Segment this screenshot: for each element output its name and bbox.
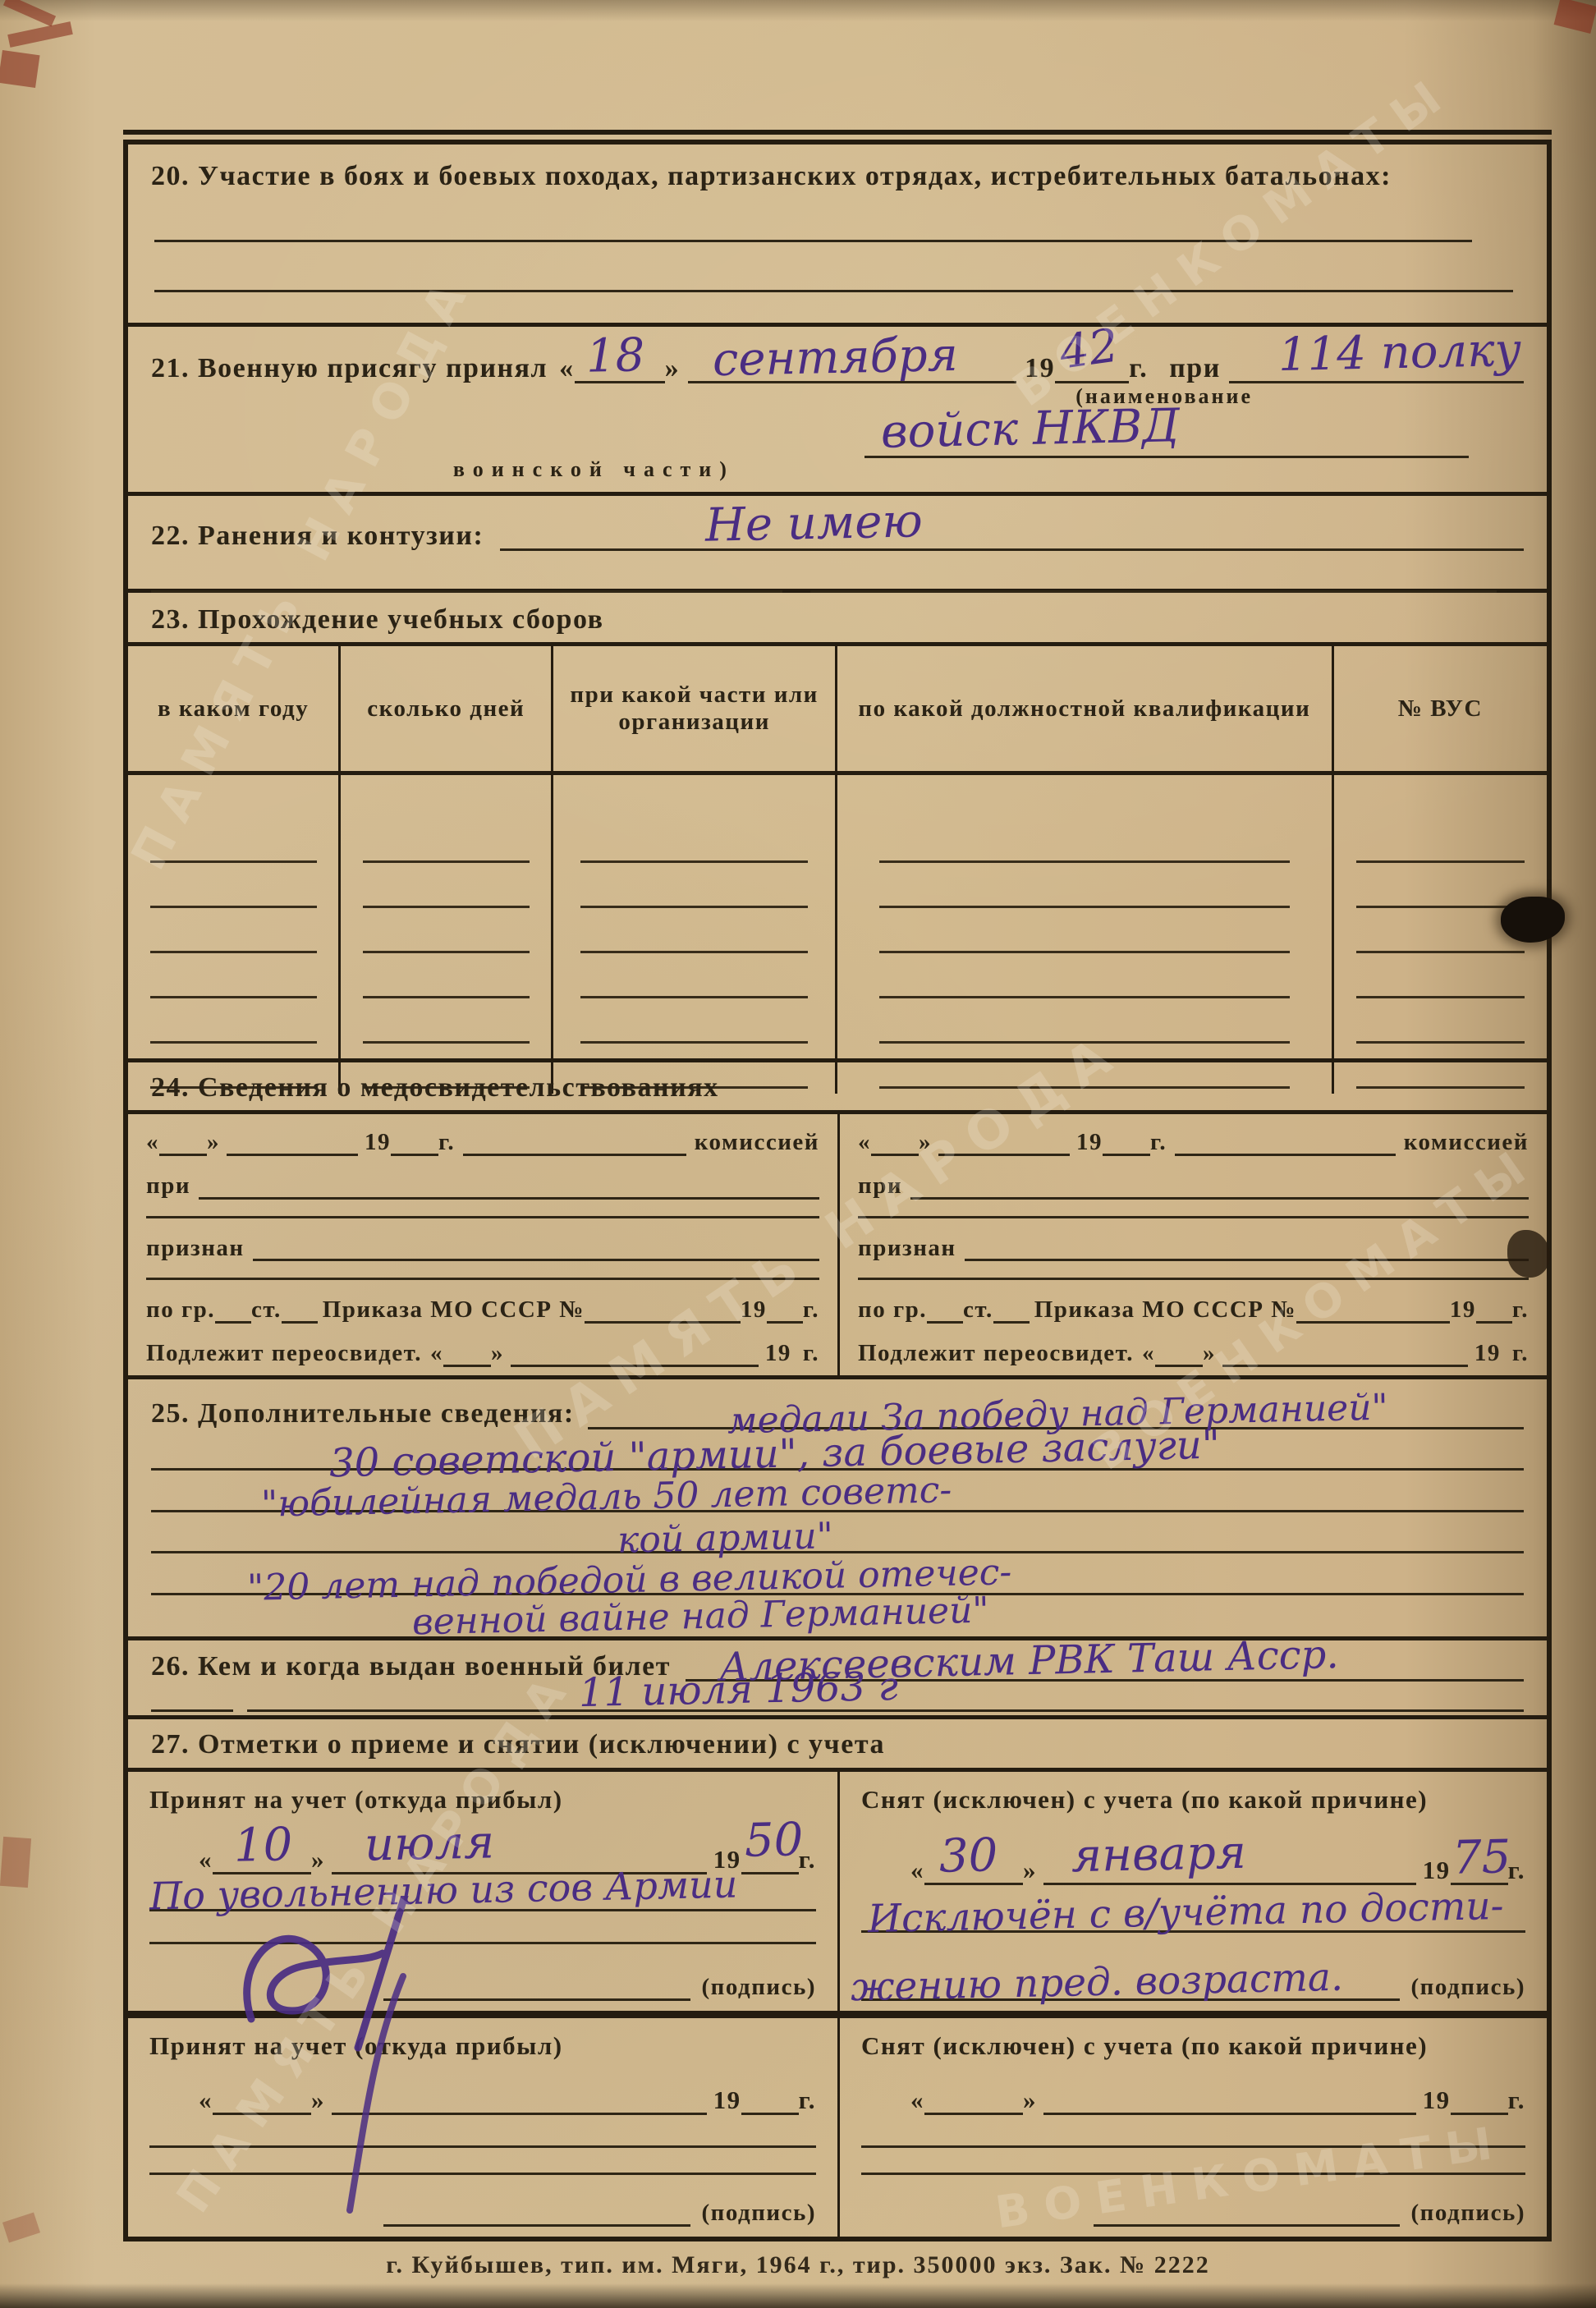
med-year-field — [1103, 1129, 1150, 1156]
med-order-year-field — [767, 1296, 803, 1324]
remove-year-field: 75 — [1451, 1856, 1508, 1885]
med-month-field — [938, 1129, 1070, 1156]
remove-month-field — [1043, 2086, 1416, 2115]
archive-mark — [0, 1837, 31, 1888]
med-order-field — [1296, 1296, 1450, 1324]
signature-caption: (подпись) — [1411, 2200, 1525, 2227]
year-prefix: 19 — [1474, 1341, 1501, 1367]
med-at-label: при — [146, 1173, 190, 1200]
med-order-label: Приказа МО СССР № — [323, 1297, 585, 1324]
cell-unit — [553, 775, 837, 1094]
year-suffix: г. — [803, 1297, 819, 1324]
remove-day-value: 30 — [938, 1833, 997, 1879]
med-day-field — [159, 1129, 207, 1156]
accepted-label: Принят на учет (откуда прибыл) — [149, 1785, 816, 1815]
oath-unit-value: 114 полку — [1277, 328, 1521, 379]
cell-year — [128, 775, 341, 1094]
blank-line — [146, 1278, 819, 1280]
archive-mark — [7, 21, 73, 48]
cell-qualification — [837, 775, 1334, 1094]
blank-line — [861, 2173, 1525, 2175]
med-st-field — [282, 1296, 318, 1324]
archive-mark — [0, 50, 40, 88]
med-recognized-field — [965, 1234, 1529, 1261]
med-reexam-label: Подлежит переосвидет. — [858, 1341, 1134, 1367]
section-23-training-camps: 23. Прохождение учебных сборов в каком г… — [128, 593, 1547, 1062]
quote-close: » — [1023, 1856, 1037, 1885]
quote-open: « — [1142, 1341, 1155, 1367]
oath-at-label: при — [1169, 354, 1221, 383]
year-prefix: 19 — [741, 1297, 767, 1324]
oath-day-field: 18 — [575, 348, 665, 383]
remove-month-value: января — [1071, 1829, 1246, 1879]
training-table: в каком году сколько дней при какой част… — [128, 642, 1547, 1094]
medical-title: 24. Сведения о медосвидетельствованиях — [128, 1062, 1547, 1110]
quote-close: » — [665, 354, 681, 383]
wounds-value: Не имею — [704, 498, 923, 549]
section-21-oath: 21. Военную присягу принял « 18 » сентяб… — [128, 327, 1547, 496]
medical-left-column: «» 19г. комиссией при признан по гр. ст.… — [128, 1114, 837, 1375]
registration-blocks-row-2: Принят на учет (откуда прибыл) « » 19 г.… — [128, 2015, 1547, 2237]
signature-line — [383, 2224, 690, 2227]
med-reexam-month-field — [511, 1340, 759, 1367]
quote-open: « — [199, 2085, 213, 2115]
med-reexam-month-field — [1222, 1340, 1468, 1367]
remove-reason-value-1: Исключён с в/учёта по дости- — [868, 1887, 1504, 1939]
med-commission-field — [1175, 1129, 1396, 1156]
removed-block-2: Снят (исключен) с учета (по какой причин… — [837, 2015, 1547, 2237]
med-st-label: ст. — [963, 1297, 993, 1324]
remove-reason-value-2: жению пред. возраста. — [850, 1958, 1343, 2007]
section-20-combat-participation: 20. Участие в боях и боевых походах, пар… — [128, 145, 1547, 327]
year-suffix: г. — [803, 1341, 819, 1367]
med-recognized-label: признан — [858, 1236, 956, 1262]
med-gr-label: по гр. — [858, 1297, 927, 1324]
removed-label: Снят (исключен) с учета (по какой причин… — [861, 1785, 1525, 1815]
accept-day-field: 10 — [213, 1846, 311, 1874]
quote-open: « — [199, 1845, 213, 1874]
med-month-field — [227, 1129, 358, 1156]
cell-days — [341, 775, 553, 1094]
blank-line — [146, 1216, 819, 1218]
year-prefix: 19 — [1076, 1130, 1103, 1156]
unit-name-caption-2: воинской части) — [453, 458, 735, 480]
remove-month-field: января — [1043, 1856, 1416, 1885]
med-order-label: Приказа МО СССР № — [1034, 1297, 1296, 1324]
additional-line-2: 30 советской "армии", за боевые заслуги" — [151, 1429, 1524, 1471]
oath-year-value: 42 — [1057, 323, 1121, 376]
issued-date-field: 11 июля 1963 г — [247, 1709, 1524, 1712]
quote-open: « — [146, 1130, 159, 1156]
signature-stroke — [325, 1972, 424, 2219]
year-prefix: 19 — [365, 1130, 391, 1156]
col-unit: при какой части или организации — [553, 646, 837, 771]
oath-unit-value-2: войск НКВД — [881, 403, 1181, 456]
hole-punch — [1501, 897, 1565, 943]
section-24-medical: 24. Сведения о медосвидетельствованиях «… — [128, 1062, 1547, 1379]
med-day-field — [871, 1129, 919, 1156]
oath-label: 21. Военную присягу принял — [151, 354, 548, 383]
med-reexam-day-field — [443, 1340, 491, 1367]
accept-day-field — [213, 2086, 311, 2115]
remove-day-field — [924, 2086, 1023, 2115]
section-27-title-row: 27. Отметки о приеме и снятии (исключени… — [128, 1719, 1547, 1772]
signature-caption: (подпись) — [1411, 1974, 1525, 2001]
year-prefix: 19 — [1450, 1297, 1476, 1324]
med-gr-field — [215, 1296, 251, 1324]
removed-block-1: Снят (исключен) с учета (по какой причин… — [837, 1772, 1547, 2011]
year-suffix: г. — [1512, 1341, 1529, 1367]
quote-close: » — [919, 1130, 932, 1156]
reason-line: Исключён с в/учёта по дости- — [861, 1930, 1525, 1933]
med-at-field — [199, 1172, 819, 1200]
training-table-header: в каком году сколько дней при какой част… — [128, 646, 1547, 775]
accept-day-value: 10 — [233, 1822, 292, 1869]
med-st-field — [993, 1296, 1030, 1324]
med-order-year-field — [1476, 1296, 1512, 1324]
training-table-body — [128, 775, 1547, 1094]
med-recognized-field — [253, 1234, 819, 1261]
med-reexam-label: Подлежит переосвидет. — [146, 1341, 422, 1367]
med-order-field — [585, 1296, 741, 1324]
med-at-label: при — [858, 1173, 902, 1200]
quote-close: » — [207, 1130, 220, 1156]
accepted-block-1: Принят на учет (откуда прибыл) « 10 » ию… — [128, 1772, 837, 2011]
commission-label: комиссией — [695, 1130, 819, 1156]
registration-title: 27. Отметки о приеме и снятии (исключени… — [151, 1729, 885, 1760]
form-frame: 20. Участие в боях и боевых походах, пар… — [123, 140, 1552, 2241]
year-prefix: 19 — [1025, 354, 1055, 383]
quote-close: » — [311, 2085, 325, 2115]
blank-line — [149, 2145, 816, 2148]
accept-month-value: июля — [364, 1819, 494, 1868]
quote-open: « — [430, 1341, 443, 1367]
col-qualification: по какой должностной квалификации — [837, 646, 1334, 771]
accept-year-value: 50 — [744, 1817, 803, 1864]
signature-caption: (подпись) — [702, 2200, 816, 2227]
year-suffix: г. — [1150, 1130, 1167, 1156]
section-22-wounds: 22. Ранения и контузии: Не имею — [128, 496, 1547, 593]
scanned-military-document: ПАМЯТЬ НАРОДА ПАМЯТЬ НАРОДА ВОЕНКОМАТЫ В… — [0, 0, 1596, 2308]
year-suffix: г. — [438, 1130, 455, 1156]
remove-day-field: 30 — [924, 1856, 1023, 1885]
quote-open: « — [858, 1130, 871, 1156]
blank-line — [154, 290, 1513, 292]
med-commission-field — [463, 1129, 686, 1156]
year-prefix: 19 — [1423, 2085, 1451, 2115]
oath-unit-field: 114 полку — [1229, 348, 1524, 383]
year-suffix: г. — [1129, 354, 1148, 383]
oath-month-value: сентября — [713, 333, 959, 383]
quote-close: » — [1203, 1341, 1216, 1367]
med-gr-label: по гр. — [146, 1297, 215, 1324]
additional-line-1: 25. Дополнительные сведения: медали За п… — [151, 1388, 1524, 1429]
remove-year-value: 75 — [1452, 1834, 1511, 1881]
oath-year-field: 42 — [1055, 348, 1129, 383]
year-prefix: 19 — [713, 2085, 741, 2115]
archive-mark — [2, 2212, 40, 2242]
wounds-label: 22. Ранения и контузии: — [151, 521, 484, 551]
issued-date-value: 11 июля 1963 г — [579, 1667, 899, 1713]
blank-line — [858, 1278, 1529, 1280]
col-vus: № ВУС — [1334, 646, 1547, 771]
med-reexam-day-field — [1155, 1340, 1203, 1367]
commission-label: комиссией — [1404, 1130, 1529, 1156]
blank-line — [149, 2173, 816, 2175]
quote-close: » — [1023, 2085, 1037, 2115]
quote-close: » — [491, 1341, 504, 1367]
wounds-field: Не имею — [500, 516, 1524, 551]
section-25-additional-info: 25. Дополнительные сведения: медали За п… — [128, 1379, 1547, 1640]
year-prefix: 19 — [765, 1341, 791, 1367]
reason-line-2: жению пред. возраста. — [861, 1998, 1400, 2001]
blank-line — [858, 1216, 1529, 1218]
oath-day-value: 18 — [585, 333, 644, 379]
remove-year-field — [1451, 2086, 1508, 2115]
quote-open: « — [559, 354, 575, 383]
med-recognized-label: признан — [146, 1236, 245, 1262]
medical-right-column: «» 19г. комиссией при признан по гр. ст.… — [837, 1114, 1547, 1375]
accept-year-field — [741, 2086, 799, 2115]
quote-open: « — [910, 2085, 924, 2115]
additional-line-5: "20 лет над победой в великой отечес- — [151, 1553, 1524, 1595]
year-suffix: г. — [799, 2085, 816, 2115]
section-26-issued-by: 26. Кем и когда выдан военный билет Алек… — [128, 1640, 1547, 1719]
oath-month-field: сентября — [688, 348, 1016, 383]
quote-open: « — [910, 1856, 924, 1885]
additional-label: 25. Дополнительные сведения: — [151, 1398, 575, 1429]
year-prefix: 19 — [1423, 1856, 1451, 1885]
archive-mark — [1554, 0, 1596, 34]
training-title: 23. Прохождение учебных сборов — [128, 593, 1547, 642]
section-20-title: 20. Участие в боях и боевых походах, пар… — [151, 161, 1524, 192]
med-gr-field — [927, 1296, 963, 1324]
col-year: в каком году — [128, 646, 341, 771]
col-days: сколько дней — [341, 646, 553, 771]
blank-line — [154, 240, 1472, 242]
med-year-field — [391, 1129, 438, 1156]
additional-value-4: кой армии" — [617, 1518, 834, 1558]
med-st-label: ст. — [251, 1297, 282, 1324]
additional-value-6: венной вайне над Германией" — [411, 1593, 988, 1641]
oath-unit-field-2: войск НКВД — [864, 408, 1469, 458]
year-suffix: г. — [1512, 1297, 1529, 1324]
accept-year-field: 50 — [741, 1846, 799, 1874]
signature-caption: (подпись) — [702, 1974, 816, 2001]
archive-mark — [3, 0, 56, 26]
blank-line — [861, 2145, 1525, 2148]
print-shop-imprint: г. Куйбышев, тип. им. Мяги, 1964 г., тир… — [0, 2251, 1596, 2279]
signature-line — [1094, 2224, 1399, 2227]
med-at-field — [910, 1172, 1529, 1200]
removed-label: Снят (исключен) с учета (по какой причин… — [861, 2031, 1525, 2061]
year-suffix: г. — [1508, 2085, 1525, 2115]
